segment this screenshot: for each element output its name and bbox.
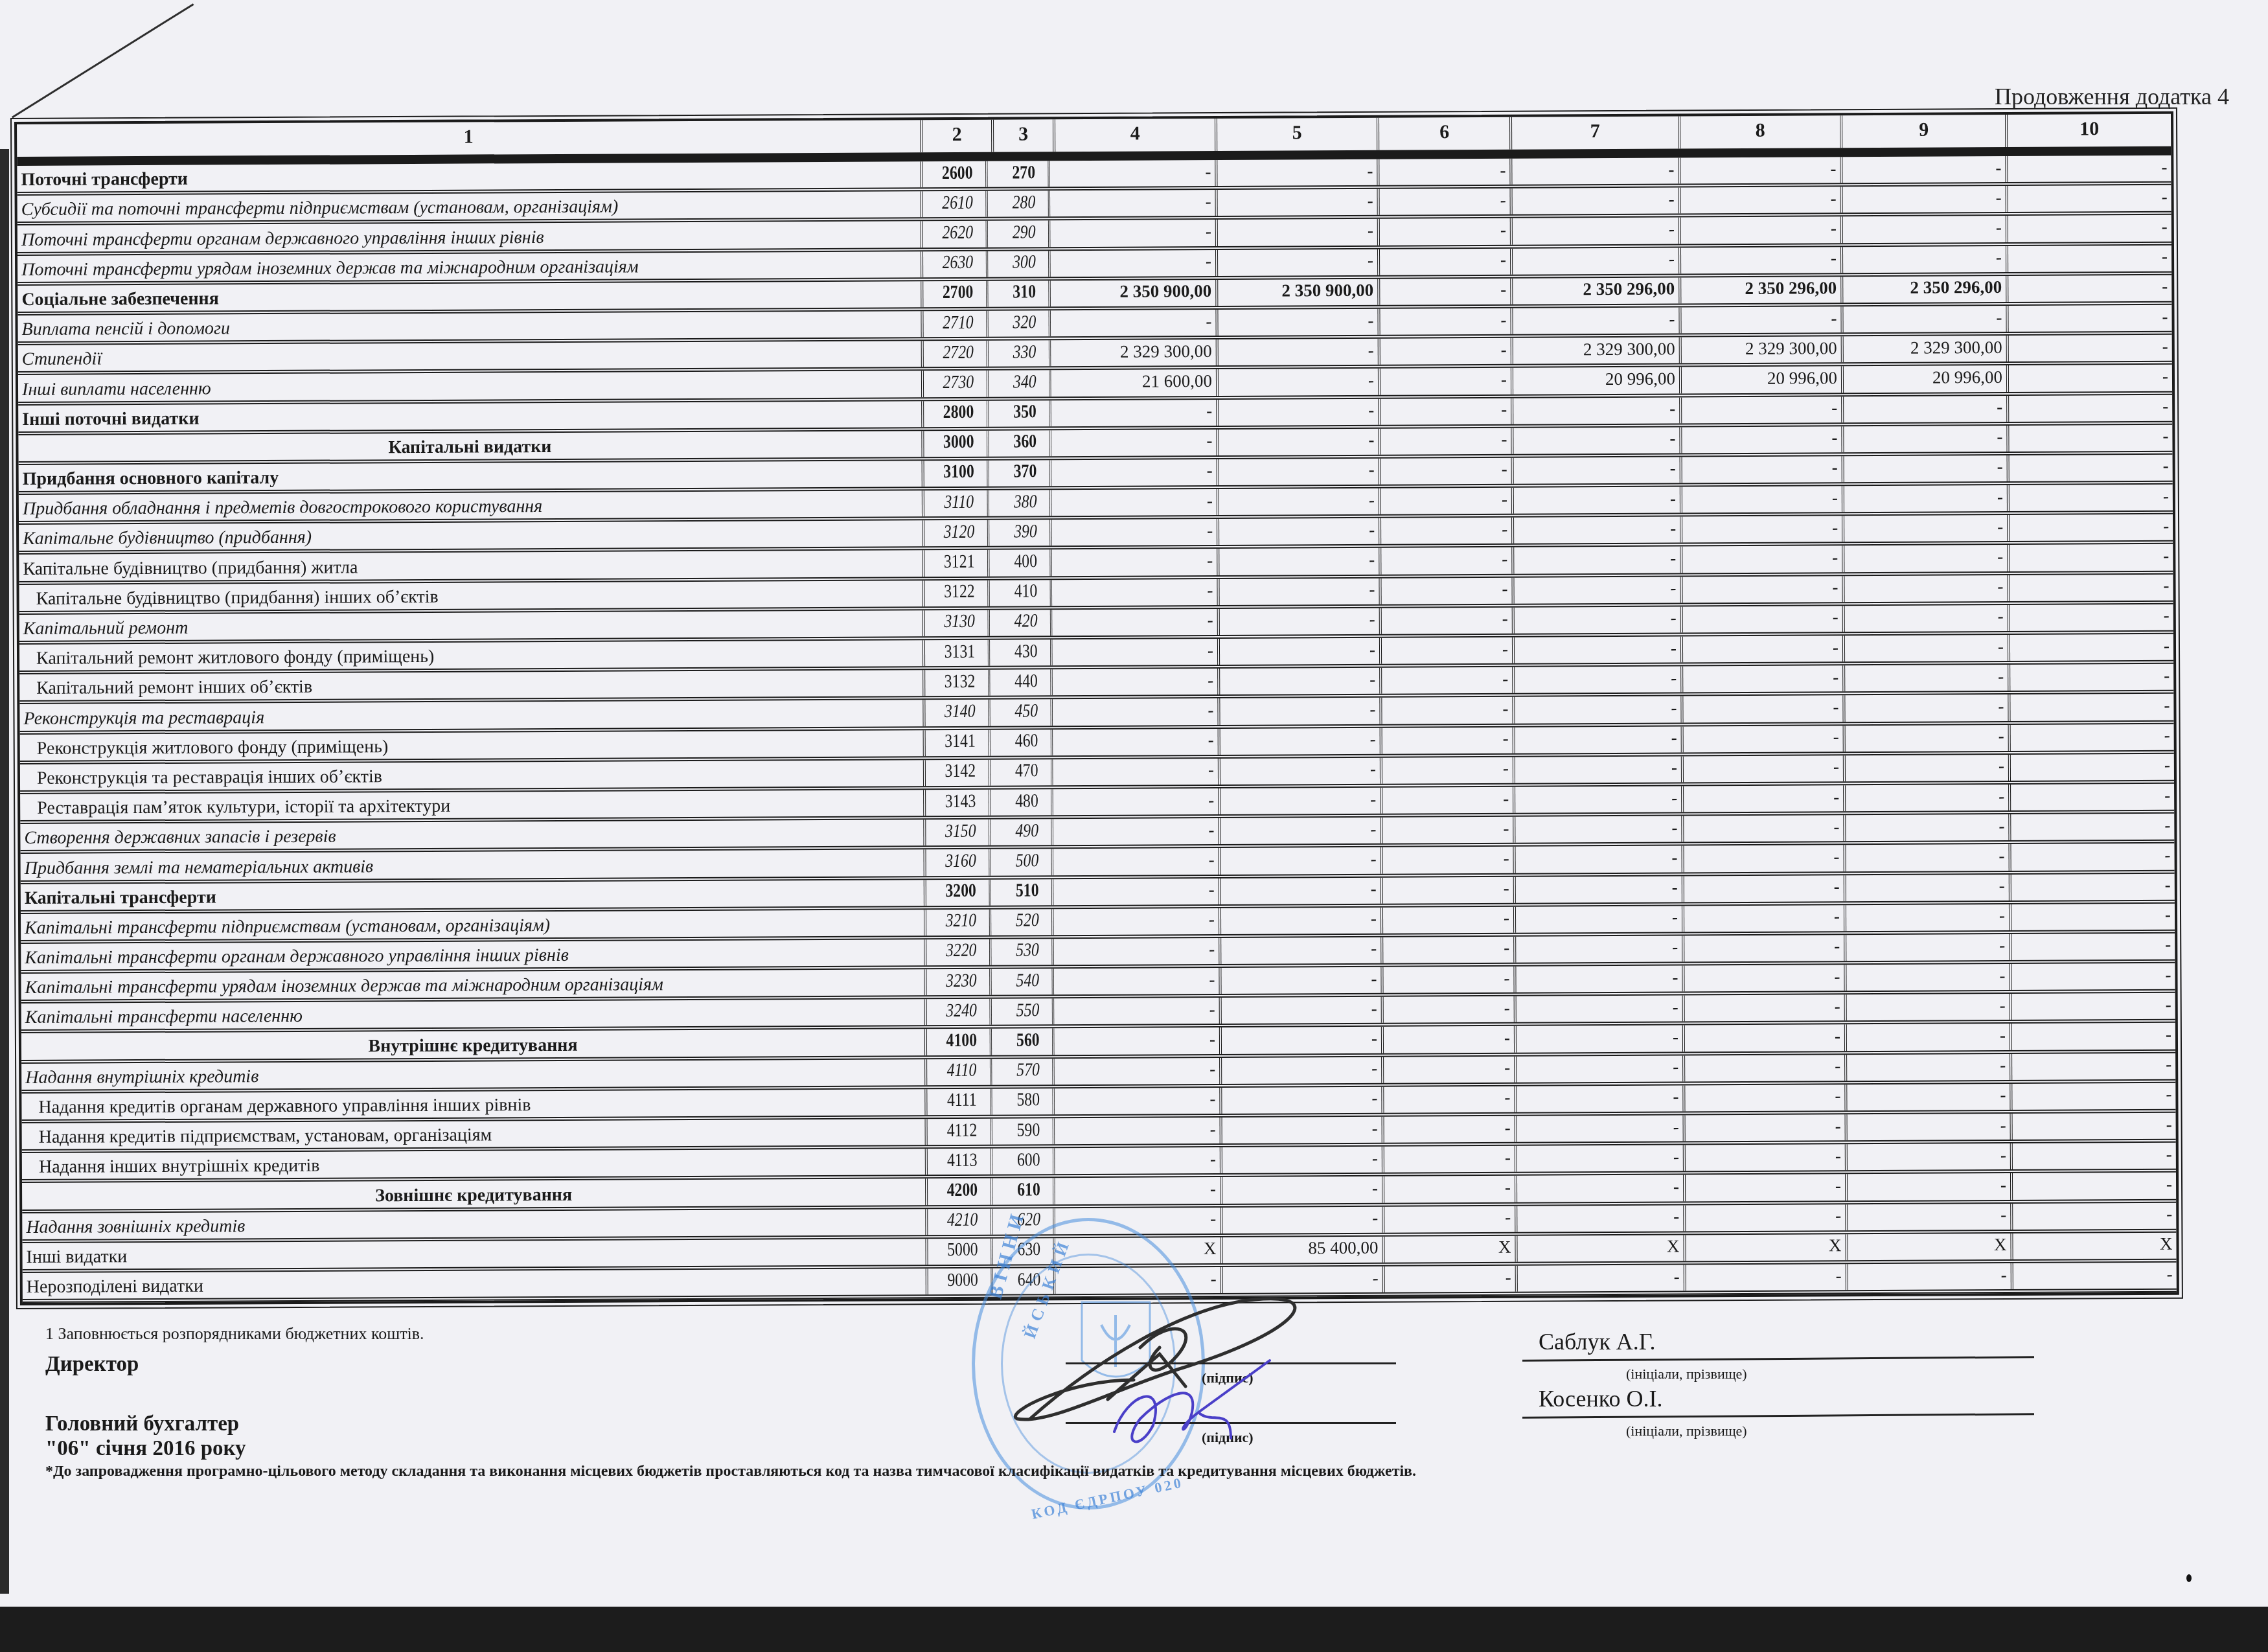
value-cell: - (1221, 877, 1383, 904)
value-cell: - (1059, 968, 1221, 994)
value-cell: - (2013, 1113, 2176, 1140)
value-cell: - (1057, 430, 1219, 456)
line-code: 300 (1000, 251, 1051, 277)
row-label: Надання кредитів органам державного упра… (21, 1089, 927, 1119)
value-cell: - (1059, 878, 1221, 904)
value-cell: - (1684, 755, 1846, 782)
value-cell: - (2013, 1202, 2176, 1229)
value-cell: - (1219, 548, 1381, 575)
row-label: Капітальне будівництво (придбання) інших… (19, 580, 924, 611)
line-code: 350 (1001, 400, 1051, 427)
director-name: Саблук А.Г. (1539, 1328, 1656, 1355)
value-cell: - (1382, 667, 1515, 694)
value-cell: - (1058, 639, 1220, 665)
value-cell: - (1844, 485, 2010, 512)
value-cell: - (1681, 247, 1843, 273)
value-cell: - (2011, 753, 2174, 780)
value-cell: - (1222, 1057, 1384, 1083)
value-cell: X (1848, 1233, 2013, 1260)
value-cell: - (1056, 190, 1218, 216)
value-cell: - (1059, 759, 1220, 785)
accountant-name-caption: (ініціали, прізвище) (1626, 1423, 1747, 1440)
value-cell: - (2012, 1083, 2175, 1110)
line-code: 370 (1001, 460, 1051, 487)
line-code: 610 (1005, 1178, 1055, 1205)
value-cell: - (1220, 638, 1382, 665)
value-cell: X (1517, 1235, 1686, 1261)
value-cell: - (1380, 398, 1513, 424)
value-cell: 2 329 300,00 (1513, 338, 1682, 364)
value-cell: - (1381, 488, 1514, 514)
value-cell: - (1384, 1086, 1517, 1112)
value-cell: - (1056, 310, 1218, 336)
value-cell: - (1219, 398, 1380, 425)
kekv-code: 5000 (934, 1238, 992, 1265)
value-cell: - (2008, 155, 2171, 182)
value-cell: - (1846, 934, 2011, 961)
line-code: 320 (1000, 310, 1051, 337)
value-cell: - (1683, 696, 1845, 722)
scan-speck (2186, 1574, 2192, 1582)
value-cell: X (2013, 1232, 2176, 1259)
line-code: 420 (1002, 610, 1052, 636)
value-cell: - (1847, 1084, 2012, 1110)
value-cell: - (1515, 786, 1684, 812)
row-label: Надання інших внутрішніх кредитів (22, 1149, 928, 1179)
value-cell: - (1380, 189, 1513, 215)
value-cell: - (1848, 1263, 2013, 1290)
value-cell: - (1686, 1264, 1848, 1291)
value-cell: - (1060, 998, 1222, 1024)
value-cell: - (2013, 1143, 2176, 1169)
value-cell: - (1682, 456, 1844, 483)
value-cell: - (2010, 485, 2173, 511)
value-cell: - (1219, 518, 1381, 545)
value-cell: - (1382, 727, 1515, 753)
header-cell: 9 (1842, 115, 2008, 148)
value-cell: - (1059, 788, 1220, 815)
value-cell: - (1844, 575, 2010, 602)
row-label: Капітальне будівництво (придбання) житла (19, 551, 924, 581)
value-cell: - (1513, 307, 1681, 334)
line-code: 400 (1002, 550, 1052, 577)
value-cell: - (1683, 606, 1845, 632)
value-cell: - (2011, 843, 2174, 870)
row-label: Інші видатки (22, 1239, 928, 1269)
row-label: Капітальні трансферти населенню (21, 999, 927, 1029)
value-cell: 2 350 296,00 (1843, 276, 2008, 303)
row-label: Капітальні видатки (18, 431, 924, 461)
value-cell: - (1060, 1058, 1222, 1084)
value-cell: - (1517, 1175, 1686, 1202)
value-cell: - (2009, 335, 2172, 361)
row-label: Виплата пенсій і допомоги (17, 311, 923, 341)
value-cell: - (1843, 306, 2008, 332)
line-code: 550 (1003, 998, 1054, 1025)
kekv-code: 3230 (933, 969, 991, 996)
value-cell: - (1384, 1056, 1517, 1083)
value-cell: - (1846, 814, 2011, 841)
value-cell: - (1059, 818, 1220, 845)
value-cell: - (1686, 1175, 1848, 1201)
value-cell: - (1057, 519, 1219, 545)
row-label: Реконструкція житлового фонду (приміщень… (20, 730, 926, 761)
value-cell: - (2010, 574, 2173, 601)
value-cell: - (1058, 698, 1220, 725)
value-cell: - (1222, 1176, 1384, 1203)
value-cell: - (1059, 728, 1220, 755)
value-cell: - (1382, 817, 1515, 843)
kekv-code: 3122 (931, 580, 989, 606)
kekv-code: 3110 (931, 490, 989, 517)
value-cell: - (1055, 160, 1217, 187)
value-cell: - (1517, 1085, 1685, 1112)
value-cell: - (1514, 547, 1682, 573)
value-cell: - (2009, 395, 2172, 421)
value-cell: - (1382, 697, 1515, 724)
value-cell: - (1846, 844, 2011, 871)
header-cell: 5 (1217, 118, 1379, 151)
value-cell: - (1380, 368, 1513, 395)
value-cell: - (1685, 1025, 1847, 1051)
value-cell: - (1057, 579, 1219, 606)
line-code: 560 (1003, 1029, 1054, 1055)
expenditure-table: 1 2 3 4 5 6 7 8 9 10 Поточні трансферти2… (14, 111, 2179, 1305)
row-label: Реставрація пам’яток культури, історії т… (20, 790, 926, 820)
value-cell: - (1222, 1027, 1384, 1053)
value-cell: - (1219, 339, 1380, 365)
value-cell: - (1846, 874, 2011, 901)
value-cell: - (1382, 637, 1515, 664)
value-cell: - (1681, 306, 1843, 333)
value-cell: - (1384, 1116, 1517, 1143)
value-cell: - (1515, 846, 1684, 873)
line-code: 330 (1000, 340, 1051, 367)
value-cell: - (1058, 609, 1220, 636)
value-cell: - (1220, 818, 1382, 844)
value-cell: - (1847, 994, 2012, 1020)
kekv-code: 3131 (932, 640, 990, 667)
kekv-code: 3121 (931, 550, 989, 577)
value-cell: - (1848, 1204, 2013, 1230)
value-cell: - (1682, 396, 1844, 423)
kekv-code: 3143 (932, 790, 991, 816)
value-cell: - (1843, 186, 2008, 212)
value-cell: - (1515, 696, 1683, 723)
row-label: Поточні трансферти урядам іноземних держ… (17, 251, 923, 282)
line-code: 270 (1000, 161, 1050, 187)
value-cell: - (1517, 1115, 1686, 1141)
value-cell: - (1222, 1117, 1384, 1143)
header-cell: 6 (1379, 117, 1512, 150)
value-cell: - (1516, 906, 1684, 932)
value-cell: - (2013, 1173, 2176, 1199)
header-cell: 4 (1055, 119, 1217, 152)
value-cell: - (1222, 1086, 1384, 1113)
value-cell: - (1686, 1204, 1848, 1231)
value-cell: - (1681, 217, 1843, 244)
value-cell: - (1513, 247, 1681, 274)
value-cell: - (2013, 1263, 2177, 1289)
value-cell: - (1379, 159, 1512, 185)
value-cell: - (1517, 1145, 1686, 1172)
value-cell: - (1059, 908, 1221, 935)
value-cell: - (1222, 997, 1384, 1024)
value-cell: - (1514, 577, 1682, 603)
value-cell: - (1056, 220, 1218, 246)
kekv-code: 3100 (930, 461, 989, 487)
value-cell: - (1682, 486, 1844, 512)
kekv-code: 2800 (930, 400, 989, 427)
value-cell: - (1222, 1206, 1384, 1233)
value-cell: - (2009, 424, 2172, 451)
row-label: Капітальне будівництво (придбання) (19, 520, 924, 551)
value-cell: - (1381, 547, 1514, 574)
row-label: Надання внутрішніх кредитів (21, 1059, 927, 1090)
value-cell: - (1218, 219, 1380, 246)
line-code: 570 (1004, 1059, 1055, 1085)
value-cell: - (2012, 1023, 2175, 1050)
value-cell: - (1220, 757, 1382, 784)
kekv-code: 4100 (934, 1029, 992, 1055)
row-label: Стипендії (18, 341, 924, 371)
kekv-code: 2700 (930, 281, 988, 307)
value-cell: - (1220, 728, 1382, 754)
value-cell: - (2011, 873, 2175, 900)
value-cell: - (2011, 963, 2175, 990)
value-cell: - (1380, 308, 1513, 335)
value-cell: - (2008, 305, 2171, 332)
value-cell: - (1221, 967, 1383, 994)
line-code: 490 (1003, 819, 1053, 845)
value-cell: - (1516, 965, 1684, 992)
value-cell: - (1380, 218, 1513, 245)
value-cell: - (1684, 726, 1846, 752)
kekv-code: 4210 (934, 1208, 992, 1235)
value-cell: - (1058, 669, 1220, 695)
kekv-code: 3150 (932, 820, 991, 846)
value-cell: 2 329 300,00 (1682, 336, 1844, 363)
value-cell: - (1381, 458, 1514, 485)
value-cell: - (1516, 876, 1684, 902)
value-cell: - (1221, 847, 1383, 874)
page-title: Продовження додатка 4 (1995, 83, 2229, 110)
value-cell: - (1383, 877, 1516, 903)
value-cell: - (1681, 187, 1843, 213)
line-code: 450 (1002, 700, 1053, 726)
value-cell: - (1682, 576, 1844, 602)
value-cell: - (1848, 1143, 2013, 1170)
value-cell: - (1222, 1147, 1384, 1173)
kekv-code: 2630 (930, 251, 988, 277)
value-cell: - (1220, 698, 1382, 724)
value-cell: - (1517, 996, 1685, 1022)
value-cell: - (1842, 156, 2008, 183)
value-cell: 20 996,00 (1682, 367, 1844, 393)
value-cell: - (1682, 516, 1844, 542)
row-label: Придбання обладнання і предметів довгост… (19, 490, 924, 521)
value-cell: - (1846, 725, 2011, 751)
row-label: Капітальний ремонт (19, 610, 925, 641)
disclaimer-note: *До запровадження програмно-цільового ме… (45, 1463, 1416, 1480)
value-cell: - (1060, 1177, 1222, 1204)
document-date: "06" січня 2016 року (45, 1437, 246, 1461)
value-cell: - (2010, 514, 2173, 541)
kekv-code: 3000 (930, 430, 989, 457)
row-label: Соціальне забезпечення (17, 281, 923, 312)
value-cell: - (1381, 577, 1514, 604)
line-code: 390 (1002, 520, 1052, 546)
director-name-caption: (ініціали, прізвище) (1626, 1366, 1747, 1382)
value-cell: - (1057, 549, 1219, 575)
value-cell: - (1219, 369, 1380, 395)
line-code: 530 (1003, 939, 1054, 965)
value-cell: - (1686, 1144, 1848, 1171)
value-cell: - (1384, 1206, 1517, 1232)
value-cell: - (1383, 967, 1516, 993)
value-cell: - (1514, 487, 1682, 513)
header-cell: 2 (922, 120, 994, 153)
value-cell: - (1848, 1114, 2013, 1140)
value-cell: - (1382, 608, 1515, 634)
scan-fold-line (12, 3, 194, 118)
value-cell: 2 329 300,00 (1057, 339, 1219, 366)
value-cell: - (2009, 365, 2172, 391)
value-cell: - (2008, 245, 2171, 271)
kekv-code: 3220 (933, 939, 991, 966)
accountant-name-line (1522, 1413, 2034, 1419)
line-code: 500 (1003, 849, 1053, 875)
kekv-code: 2710 (930, 311, 988, 338)
value-cell: - (1843, 246, 2008, 273)
value-cell: - (1515, 726, 1684, 753)
value-cell: - (2011, 903, 2175, 930)
value-cell: - (1845, 635, 2010, 661)
value-cell: - (1382, 847, 1515, 873)
kekv-code: 2610 (929, 191, 987, 218)
kekv-code: 2600 (929, 161, 987, 188)
kekv-code: 2730 (930, 371, 989, 397)
value-cell: - (1515, 816, 1684, 843)
value-cell: - (2010, 664, 2173, 691)
value-cell: - (1685, 1084, 1847, 1111)
kekv-code: 3200 (933, 879, 991, 906)
header-cell: 8 (1680, 115, 1842, 148)
scan-edge-left (0, 149, 9, 1594)
value-cell: - (1847, 1054, 2012, 1081)
value-cell: - (1846, 964, 2011, 991)
value-cell: - (2008, 275, 2171, 301)
accountant-signature-line (1066, 1422, 1396, 1424)
row-label: Капітальні трансферти (21, 880, 926, 910)
value-cell: - (1845, 665, 2010, 691)
value-cell: - (1684, 935, 1846, 961)
line-code: 410 (1002, 580, 1052, 606)
value-cell: - (1219, 459, 1381, 485)
value-cell: - (1516, 935, 1684, 962)
value-cell: - (2010, 604, 2173, 631)
value-cell: - (1059, 938, 1221, 965)
footnote: 1 Заповнюється розпорядниками бюджетних … (45, 1324, 424, 1344)
line-code: 290 (1000, 221, 1050, 247)
value-cell: - (1219, 578, 1381, 604)
value-cell: - (1845, 694, 2010, 721)
value-cell: - (1382, 787, 1515, 814)
value-cell: - (2011, 934, 2175, 960)
value-cell: - (1057, 489, 1219, 516)
row-label: Реконструкція та реставрація (19, 700, 925, 731)
value-cell: - (1684, 875, 1846, 902)
value-cell: - (1060, 1147, 1222, 1174)
row-label: Капітальні трансферти підприємствам (уст… (21, 910, 926, 940)
value-cell: 2 350 296,00 (1681, 277, 1843, 303)
value-cell: - (1684, 785, 1846, 812)
line-code: 510 (1003, 879, 1053, 906)
scan-edge-bottom (0, 1607, 2268, 1652)
kekv-code: 3142 (932, 759, 991, 786)
row-label: Поточні трансферти (17, 161, 922, 192)
director-signature-caption: (підпис) (1202, 1370, 1254, 1386)
value-cell: - (1383, 906, 1516, 933)
value-cell: - (1220, 608, 1382, 635)
value-cell: - (1220, 668, 1382, 694)
kekv-code: 3240 (934, 999, 992, 1026)
row-label: Внутрішнє кредитування (21, 1029, 927, 1060)
kekv-code: 3120 (931, 520, 989, 547)
value-cell: - (2010, 634, 2173, 661)
line-code: 310 (1000, 281, 1051, 307)
row-label: Субсидії та поточні трансферти підприємс… (17, 191, 923, 222)
value-cell: - (1384, 1176, 1517, 1202)
value-cell: - (1513, 218, 1681, 244)
value-cell: - (2010, 694, 2173, 720)
line-code: 520 (1003, 909, 1054, 935)
line-code: 590 (1004, 1118, 1055, 1145)
value-cell: 85 400,00 (1222, 1236, 1384, 1263)
value-cell: - (2011, 784, 2174, 810)
value-cell: - (1057, 399, 1219, 426)
value-cell: - (1220, 788, 1382, 814)
kekv-code: 9000 (935, 1268, 993, 1295)
line-code: 430 (1002, 639, 1052, 666)
table-body: Поточні трансферти2600270-------Субсидії… (17, 155, 2177, 1303)
value-cell: - (1846, 755, 2011, 781)
value-cell: X (1686, 1234, 1848, 1261)
value-cell: - (1221, 937, 1383, 964)
line-code: 280 (1000, 190, 1050, 217)
value-cell: - (1517, 1205, 1686, 1232)
value-cell: - (1380, 428, 1513, 454)
value-cell: - (1847, 1024, 2012, 1050)
value-cell: - (1217, 159, 1379, 186)
value-cell: - (1685, 994, 1847, 1021)
row-label: Придбання основного капіталу (19, 461, 924, 491)
value-cell: - (1380, 338, 1513, 365)
row-label: Надання зовнішніх кредитів (22, 1209, 928, 1239)
value-cell: - (1223, 1267, 1385, 1293)
value-cell: - (1060, 1118, 1222, 1144)
value-cell: - (1843, 216, 2008, 242)
value-cell: 20 996,00 (1513, 367, 1682, 394)
row-label: Створення державних запасів і резервів (20, 820, 926, 850)
value-cell: - (1219, 428, 1380, 455)
value-cell: - (1056, 249, 1218, 276)
kekv-code: 3141 (932, 729, 991, 756)
value-cell: - (1384, 1026, 1517, 1053)
value-cell: - (2008, 185, 2171, 212)
value-cell: - (1685, 1055, 1847, 1081)
value-cell: - (1057, 459, 1219, 486)
